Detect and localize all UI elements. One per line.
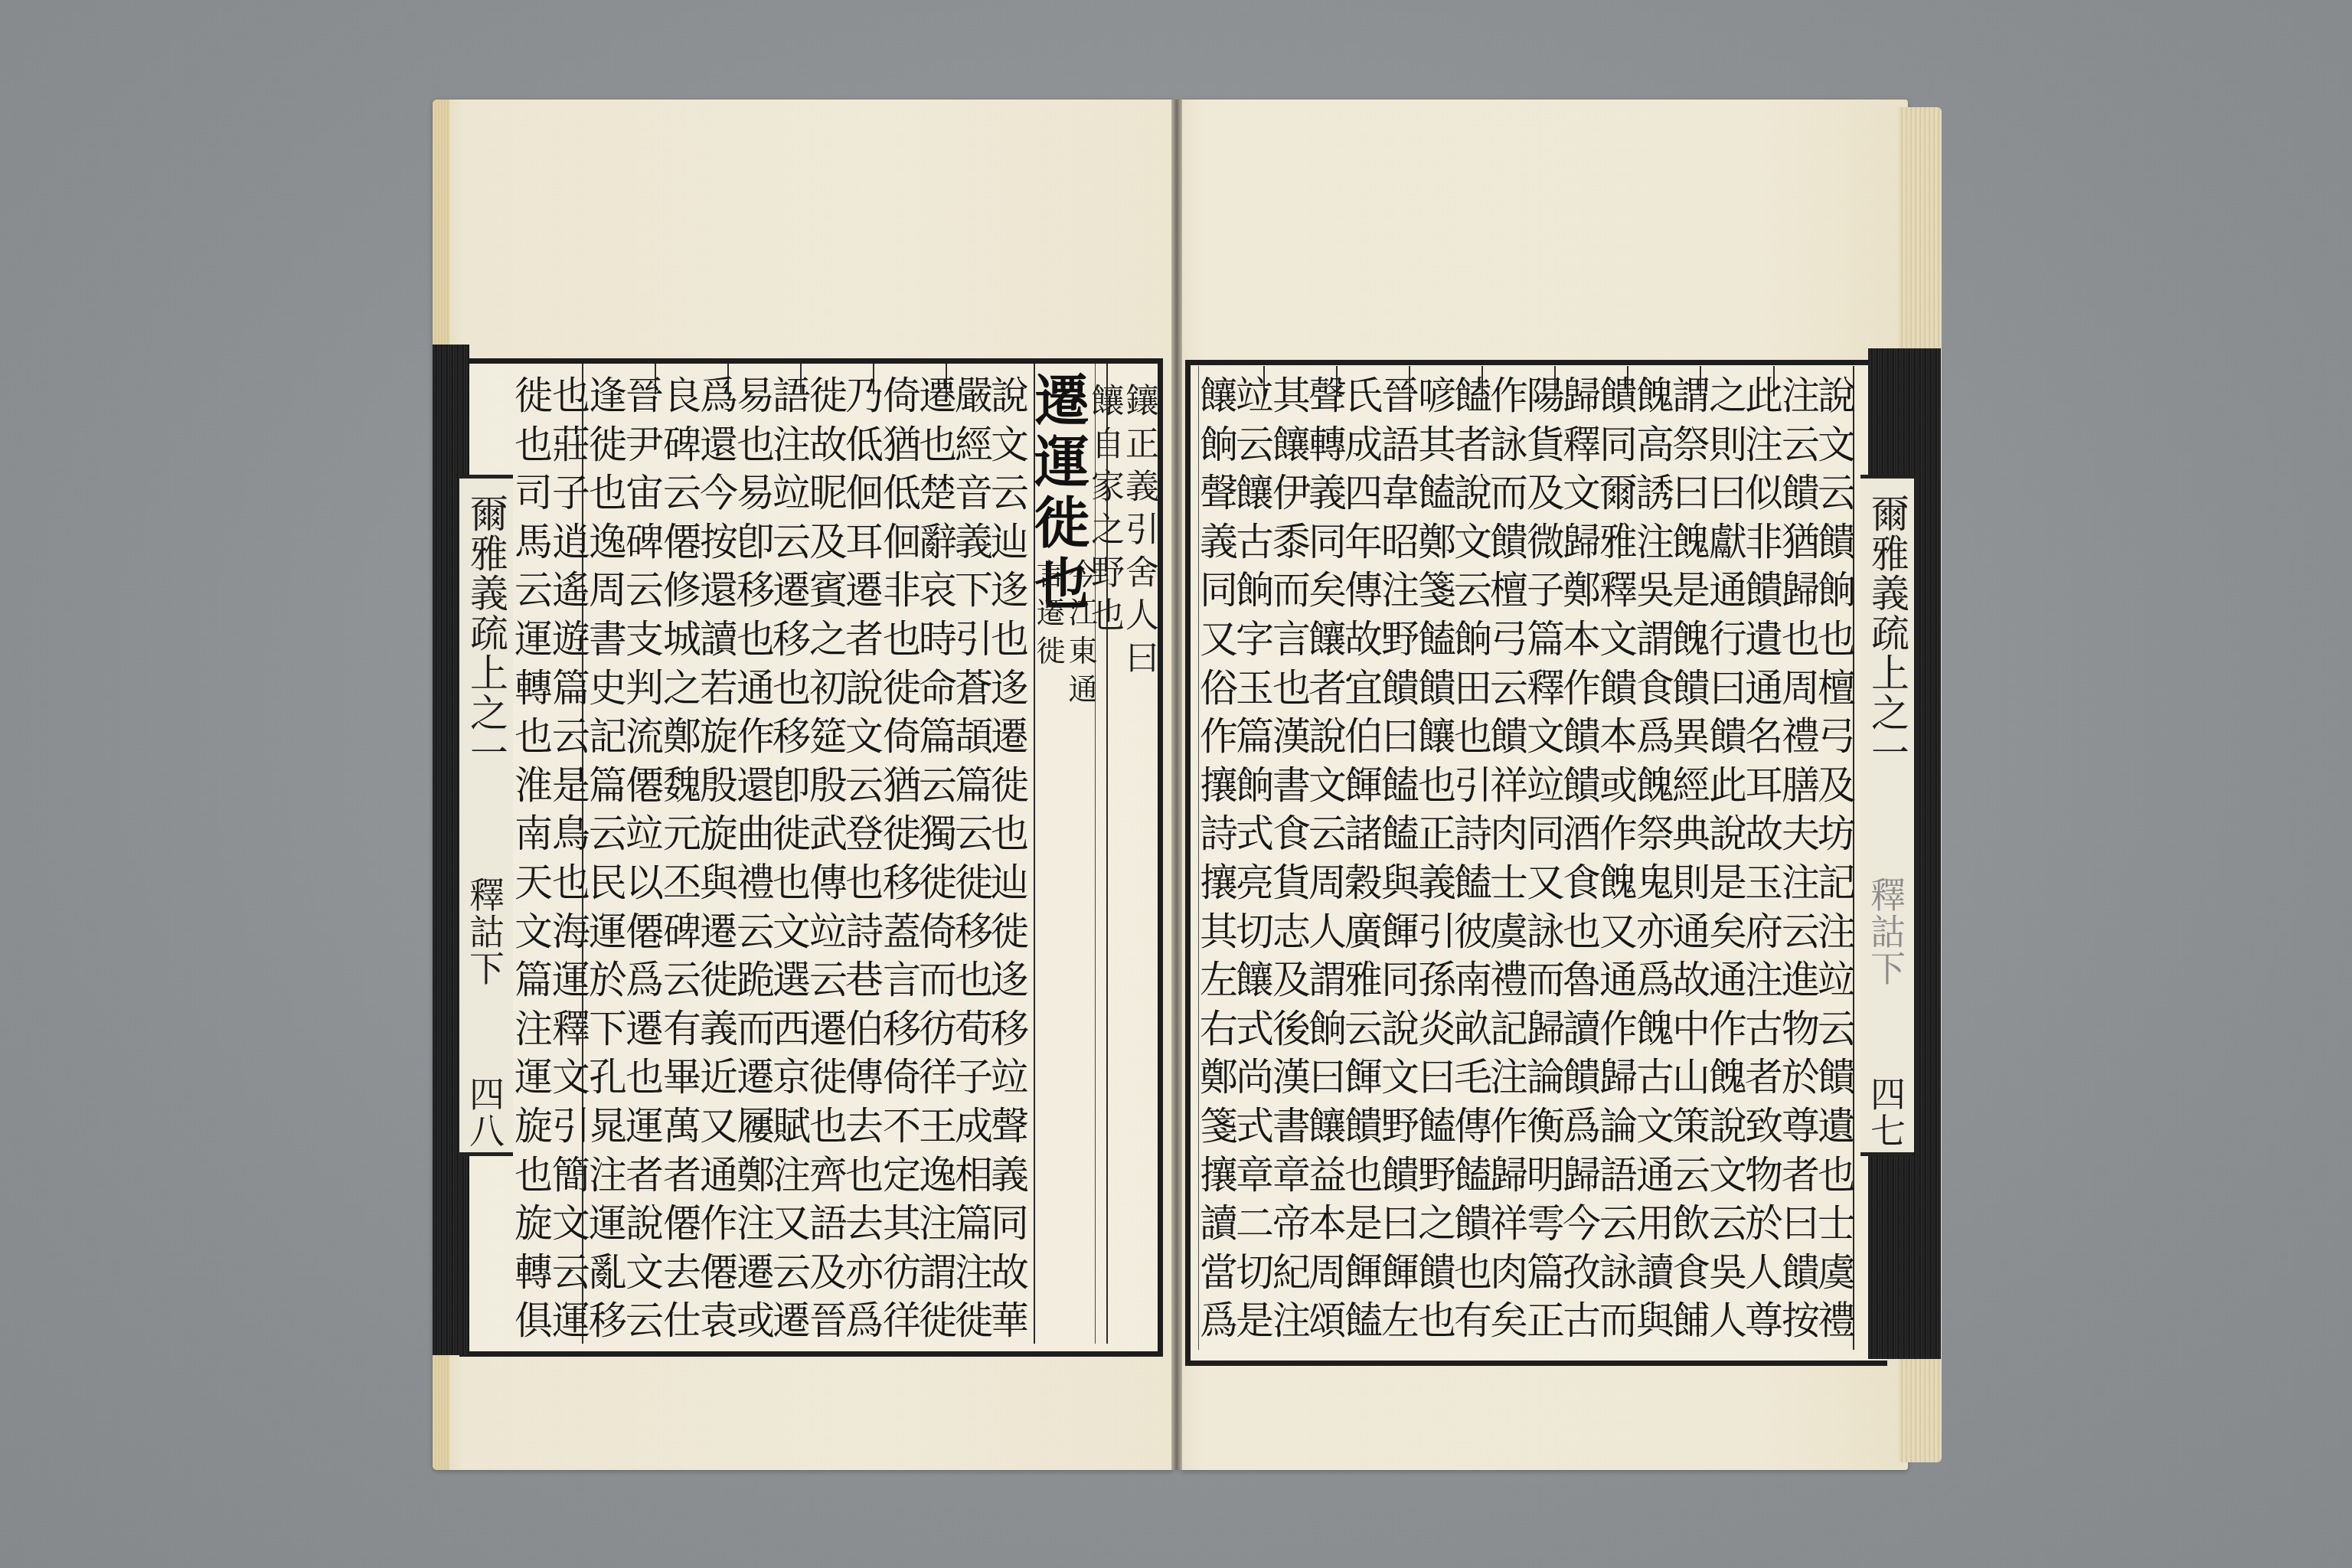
right-margin-title: 爾雅義疏上之一 <box>1868 494 1906 773</box>
right-column-9: 陽貨及微子篇釋文竝同又詠而歸論衡明雩篇正 <box>1524 375 1562 1349</box>
left-column-13: 晉尹宙碑云支判流僊竝以僊爲遷也運者說文云 <box>622 375 661 1349</box>
left-column-11: 爲還今按還讀若旋殷旋與遷徙義近又通作僊袁 <box>697 375 735 1349</box>
left-column-7: 乃低佪耳遷者說文云登也詩巷伯傳去也去亦爲 <box>842 375 880 1349</box>
right-column-4: 之則曰獻通行曰饋此說是矣通作餽說文云吳人 <box>1706 375 1744 1349</box>
left-column-5: 遷也楚辭哀時命篇云獨徙倚而彷徉王逸注謂徙 <box>916 375 954 1349</box>
left-column-10: 易也易卽移也通作還曲禮云跪而遷屨鄭注遷或 <box>733 375 772 1349</box>
left-column-14: 逢徙也逸周書史記篇云民運於下孔晁注運亂移 <box>586 375 624 1349</box>
right-column-15: 聲轉義同矣饟者說文云周人謂餉曰饟益本周頌 <box>1305 375 1344 1349</box>
right-column-13: 晉語韋昭注野饋曰饁饁與餫同說文野饋曰餫左 <box>1378 375 1416 1349</box>
left-column-16: 徙也司馬云運轉也淮南天文篇注運旋也旋轉俱 <box>511 375 550 1349</box>
left-column-6: 倚猶低佪非也徙倚猶徙移蓋言移倚不定其彷徉 <box>880 375 918 1349</box>
right-margin-box: 爾雅義疏上之一 釋詁下 四七 <box>1860 475 1914 1156</box>
right-column-14: 氏成四年傳故宜伯餫諸穀廣雅云餫饋也是餫饁 <box>1341 375 1380 1349</box>
left-column-9: 語注竝云遷移也移卽徙也文選西京賦注又云遷 <box>769 375 808 1349</box>
headword-note-right: 今江東通 <box>1066 559 1095 712</box>
left-column-15: 也莊子逍遙遊篇云是鳥也海運釋文引簡文云運 <box>549 375 587 1349</box>
right-column-2: 注云饋猶歸也周禮膳夫注云進物於尊者曰饋按 <box>1779 375 1817 1349</box>
left-margin-title: 爾雅義疏上之一 <box>467 494 505 773</box>
left-margin-folio: 四八 <box>467 1076 502 1149</box>
right-column-16: 其饟伊黍而言也漢書食貨志及後漢書章帝紀注 <box>1269 375 1308 1349</box>
right-margin-section: 釋詁下 <box>1868 877 1903 987</box>
right-column-7: 饋同爾雅釋文饋本或作餽又通作歸論語云詠而 <box>1596 375 1635 1349</box>
book-gutter <box>1171 100 1182 1470</box>
right-column-3: 此注似非饋遺通名耳故玉府注古者致物於人尊 <box>1742 375 1780 1349</box>
left-margin-box: 爾雅義疏上之一 釋詁下 四八 <box>459 475 513 1156</box>
left-column-8: 徙故昵及賓之初筵殷武傳竝云遷徙也齊語及晉 <box>806 375 844 1349</box>
right-column-18: 饟餉聲義同又俗作攘詩攘其左右鄭箋攘讀當爲 <box>1197 375 1235 1349</box>
right-margin-folio: 四七 <box>1868 1076 1903 1149</box>
right-column-5: 謂祭曰餽是餽饋異經典則通故中山策云飲食餔 <box>1669 375 1707 1349</box>
right-column-8: 歸釋文歸鄭本作饋饋酒食也魯讀饋爲歸今孜古 <box>1560 375 1598 1349</box>
right-column-12: 喭其饁鄭箋饁饋饟也正義引孫炎曰饁野之饋也 <box>1415 375 1453 1349</box>
right-column-10: 作詠而饋檀弓云饋祥肉士虞禮記注作歸祥肉矣 <box>1487 375 1525 1349</box>
left-column-4: 嚴經音義下引蒼頡篇云徙移也荀子成相篇注徙 <box>952 375 990 1349</box>
left-column-1: 鑲正義引舍人曰 <box>1122 383 1155 683</box>
right-column-1: 說文云饋餉也檀弓及坊記注竝云饋遺也士虞禮 <box>1815 375 1853 1349</box>
right-column-11: 饁者說文云餉田也引詩饁彼南畝毛傳饁饋也有 <box>1451 375 1489 1349</box>
left-column-3: 說文云辿迻也迻遷徙也辿徙迻移竝聲義同故華 <box>988 375 1026 1349</box>
right-column-17: 竝云饟古餉字玉篇餉式亮切饟式尚式章二切是 <box>1233 375 1271 1349</box>
right-column-6: 餽高誘注吳謂食爲餽祭鬼亦爲餽古文通用讀與 <box>1633 375 1671 1349</box>
left-margin-section: 釋詁下 <box>467 877 502 987</box>
left-column-12: 良碑云僊修城之鄭魏元丕碑云有畢萬者僊去仕 <box>660 375 698 1349</box>
headword-note-left: 言遷徙 <box>1034 559 1063 674</box>
